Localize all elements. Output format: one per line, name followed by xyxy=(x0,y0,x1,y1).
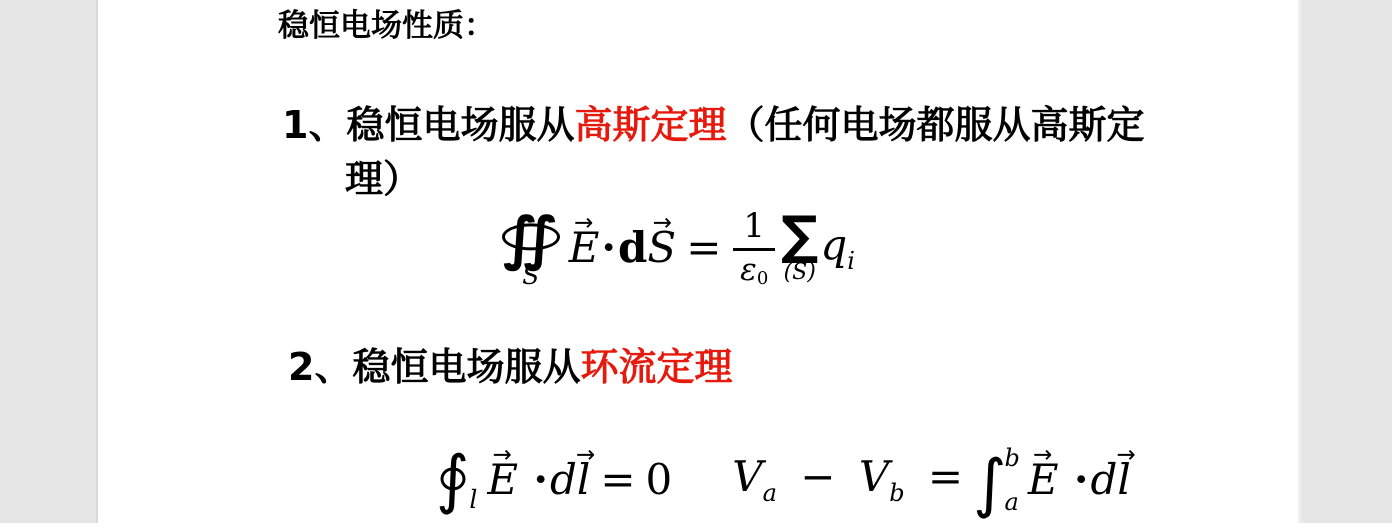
zero-value: 0 xyxy=(646,455,673,504)
circulation-theorem-formula: ∫ l →E ·d→l=0 xyxy=(436,448,672,512)
dot-operator: · xyxy=(599,223,618,272)
b-subscript: b xyxy=(889,479,904,507)
vector-arrow-icon: → xyxy=(1033,444,1052,467)
differential-d: d xyxy=(1091,455,1118,504)
integral-icon: ∫ xyxy=(973,452,1006,516)
upper-limit: b xyxy=(1004,444,1019,472)
minus-sign: − xyxy=(790,452,845,501)
item-2-text-pre: 稳恒电场服从 xyxy=(352,345,580,389)
epsilon-subscript: 0 xyxy=(757,268,768,289)
definite-integral-symbol: ∫ b a xyxy=(973,444,1020,516)
vector-arrow-icon: → xyxy=(1116,444,1135,467)
integrand-E-dot-dS: →E·d→S= xyxy=(569,224,732,272)
integral-limits: b a xyxy=(1004,444,1019,516)
V-symbol: V xyxy=(859,452,889,501)
dot-operator: · xyxy=(1072,455,1091,504)
item-1-number: 1、 xyxy=(282,103,346,147)
surface-integral-symbol: ∫∫ S xyxy=(503,209,559,288)
potential-integrand: →E ·d→l xyxy=(1028,456,1131,504)
item-1-highlight-gauss: 高斯定理 xyxy=(574,103,726,147)
item-1-line-1: 1、稳恒电场服从高斯定理（任何电场都服从高斯定 xyxy=(282,98,1145,152)
vector-arrow-icon: → xyxy=(576,444,595,467)
vector-E: →E xyxy=(569,224,600,272)
item-1-text-post: （任何电场都服从高斯定 xyxy=(726,103,1144,147)
equals-sign: = xyxy=(918,452,973,501)
item-2: 2、稳恒电场服从环流定理 xyxy=(288,344,732,390)
differential-d: d xyxy=(550,455,577,504)
closed-surface-oval-icon xyxy=(502,223,560,250)
differential-d: d xyxy=(618,223,647,272)
right-gutter xyxy=(1298,0,1392,523)
potential-lhs: Va − Vb = xyxy=(732,453,973,508)
circulation-integrand: →E ·d→l=0 xyxy=(487,456,672,504)
item-1: 1、稳恒电场服从高斯定理（任何电场都服从高斯定 理） xyxy=(282,98,1145,206)
q-symbol: q xyxy=(820,220,847,269)
vector-E: →E xyxy=(1028,456,1059,504)
vector-arrow-icon: → xyxy=(492,444,511,467)
vector-arrow-icon: → xyxy=(653,212,672,235)
slide-title: 稳恒电场性质： xyxy=(278,6,495,46)
vector-arrow-icon: → xyxy=(574,212,593,235)
lower-limit: a xyxy=(1004,488,1019,516)
summation-symbol: ∑ (S) xyxy=(781,212,818,284)
vector-l: →l xyxy=(577,456,590,504)
fraction-one-over-epsilon0: 1 ε0 xyxy=(733,209,775,288)
equals-sign: = xyxy=(676,223,731,272)
epsilon-symbol: ε xyxy=(740,252,757,288)
q-subscript: i xyxy=(847,247,855,275)
a-subscript: a xyxy=(763,479,777,507)
path-subscript: l xyxy=(469,485,477,514)
item-2-highlight-circulation: 环流定理 xyxy=(580,345,732,389)
item-1-text-pre: 稳恒电场服从 xyxy=(346,103,574,147)
vector-E: →E xyxy=(487,456,518,504)
sigma-icon: ∑ xyxy=(781,212,818,261)
V-symbol: V xyxy=(732,452,762,501)
charge-term: qi xyxy=(820,221,855,276)
gauss-law-formula: ∫∫ S →E·d→S= 1 ε0 ∑ (S) qi xyxy=(503,197,855,299)
fraction-denominator: ε0 xyxy=(733,251,775,288)
fraction-numerator: 1 xyxy=(733,209,775,251)
vector-l: →l xyxy=(1117,456,1130,504)
dot-operator: · xyxy=(531,455,550,504)
left-gutter xyxy=(0,0,98,523)
item-2-number: 2、 xyxy=(288,345,352,389)
closed-path-circle-icon xyxy=(440,467,465,490)
equals-sign: = xyxy=(590,455,645,504)
summation-subscript: (S) xyxy=(784,262,816,284)
potential-difference-formula: Va − Vb = ∫ b a →E ·d→l xyxy=(732,444,1131,516)
line-integral-glyph: ∫ xyxy=(436,448,469,512)
double-integral-glyphs: ∫∫ xyxy=(503,209,559,267)
slide-page: 稳恒电场性质： 1、稳恒电场服从高斯定理（任何电场都服从高斯定 理） ∫∫ S … xyxy=(0,0,1392,532)
closed-line-integral-symbol: ∫ l xyxy=(436,448,479,512)
vector-S: →S xyxy=(647,224,676,272)
circulation-formulas-row: ∫ l →E ·d→l=0 Va − Vb = ∫ b a xyxy=(436,430,1131,530)
